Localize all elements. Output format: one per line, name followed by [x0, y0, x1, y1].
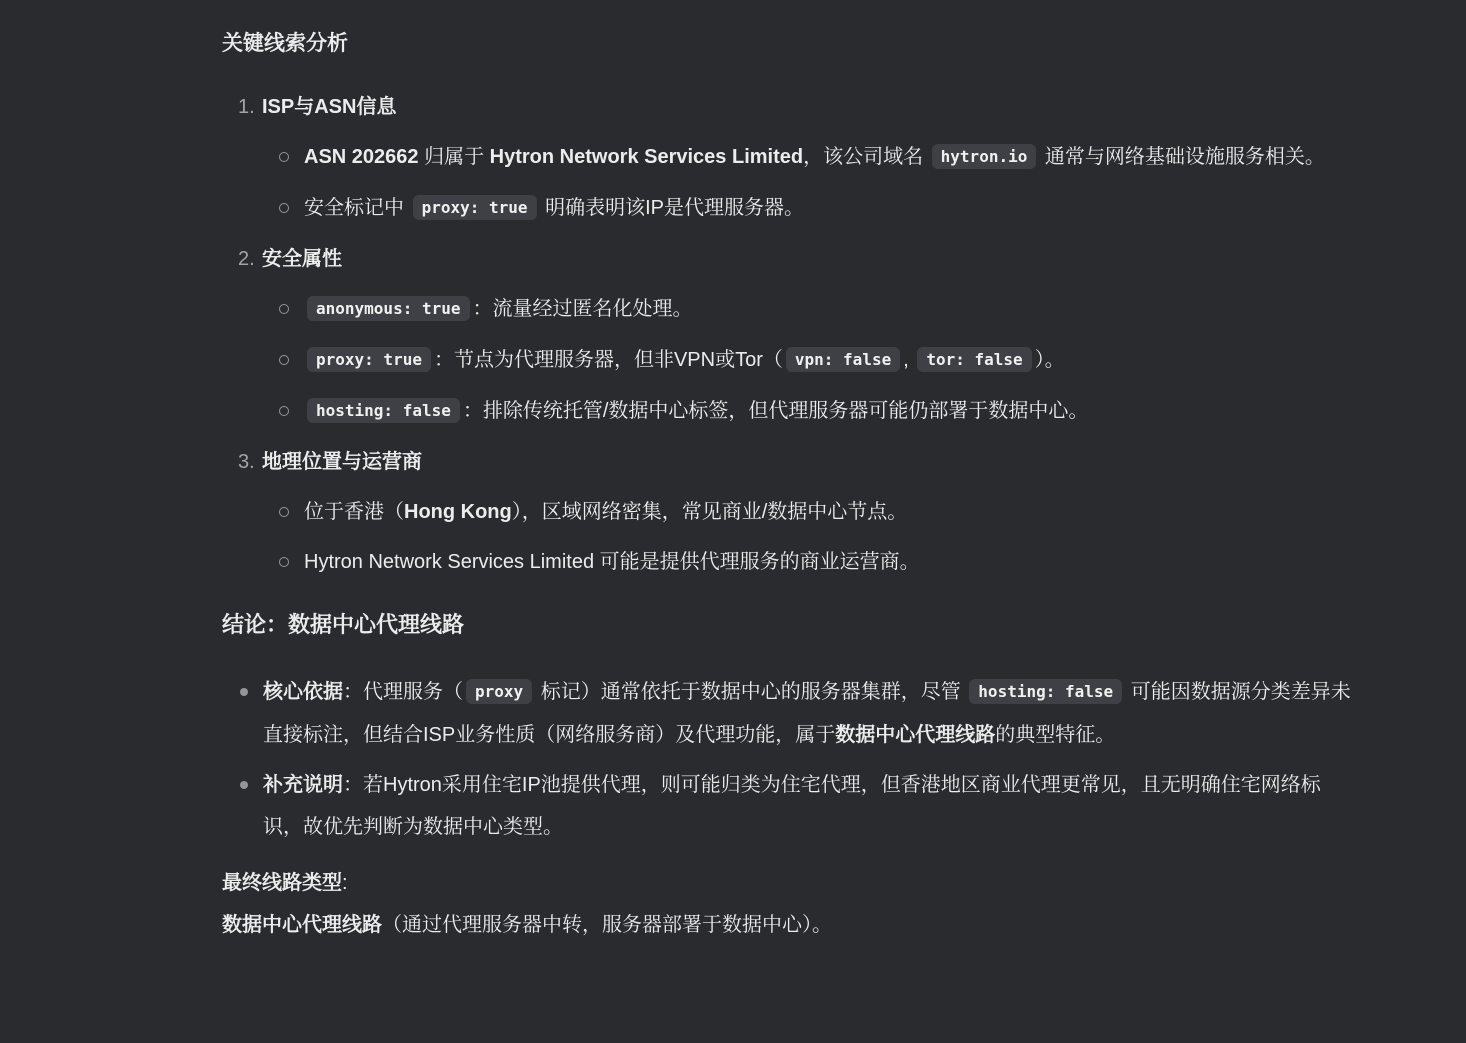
- bullet-circle-icon: [279, 557, 289, 567]
- text: 明确表明该IP是代理服务器。: [540, 197, 804, 219]
- bullet-circle-icon: [279, 304, 289, 314]
- text: ,: [903, 349, 914, 371]
- bullet-circle-icon: [279, 507, 289, 517]
- chat-dark-page: { "page": { "background": "#2a2b2e", "te…: [0, 0, 1466, 1043]
- text-bold: Hong Kong: [404, 501, 512, 523]
- text: ：若Hytron采用住宅IP池提供代理，则可能归类为住宅代理，但香港地区商业代理…: [263, 774, 1321, 838]
- inline-code-chip: proxy: [466, 679, 532, 704]
- final-type-value: 数据中心代理线路: [222, 914, 382, 936]
- conclusion-heading: 结论：数据中心代理线路: [222, 609, 1354, 641]
- inline-code-chip: tor: false: [917, 347, 1031, 372]
- section-number: 3.: [238, 441, 255, 483]
- conclusion-bullet: 核心依据：代理服务（proxy 标记）通常依托于数据中心的服务器集群，尽管 ho…: [222, 671, 1354, 756]
- list-item: proxy: true：节点为代理服务器，但非VPN或Tor（vpn: fals…: [222, 339, 1354, 382]
- inline-code-chip: anonymous: true: [307, 296, 470, 321]
- list-item: ASN 202662 归属于 Hytron Network Services L…: [222, 136, 1354, 179]
- inline-code-chip: hytron.io: [932, 144, 1037, 169]
- text: :: [342, 872, 348, 894]
- text: ，该公司域名: [803, 146, 929, 168]
- text-bold: 补充说明: [263, 774, 343, 796]
- numbered-section-security: 2. 安全属性 anonymous: true：流量经过匿名化处理。 proxy…: [222, 238, 1354, 433]
- section-title: 地理位置与运营商: [262, 451, 422, 473]
- section-title-row: 2. 安全属性: [222, 238, 1354, 280]
- list-item: hosting: false：排除传统托管/数据中心标签，但代理服务器可能仍部署…: [222, 390, 1354, 433]
- list-item: Hytron Network Services Limited 可能是提供代理服…: [222, 541, 1354, 583]
- section-number: 1.: [238, 86, 255, 128]
- text: 位于香港（: [304, 501, 404, 523]
- final-type-paragraph: 最终线路类型: 数据中心代理线路（通过代理服务器中转，服务器部署于数据中心）。: [222, 862, 1354, 946]
- list-item: 位于香港（Hong Kong），区域网络密集，常见商业/数据中心节点。: [222, 491, 1354, 533]
- text: ：代理服务（: [343, 681, 463, 703]
- bullet-circle-icon: [279, 355, 289, 365]
- inline-code-chip: proxy: true: [307, 347, 431, 372]
- final-type-label-line: 最终线路类型:: [222, 862, 1354, 904]
- text: 标记）通常依托于数据中心的服务器集群，尽管: [535, 681, 966, 703]
- text-bold: 核心依据: [263, 681, 343, 703]
- text: ）。: [1035, 349, 1065, 371]
- text: 归属于: [419, 146, 490, 168]
- text: Hytron Network Services Limited 可能是提供代理服…: [304, 551, 920, 573]
- section-number: 2.: [238, 238, 255, 280]
- numbered-section-geo: 3. 地理位置与运营商 位于香港（Hong Kong），区域网络密集，常见商业/…: [222, 441, 1354, 583]
- bullet-dot-icon: [240, 781, 248, 789]
- list-item: anonymous: true：流量经过匿名化处理。: [222, 288, 1354, 331]
- inline-code-chip: hosting: false: [307, 398, 460, 423]
- bullet-circle-icon: [279, 152, 289, 162]
- list-item: 安全标记中 proxy: true 明确表明该IP是代理服务器。: [222, 187, 1354, 230]
- numbered-section-isp-asn: 1. ISP与ASN信息 ASN 202662 归属于 Hytron Netwo…: [222, 86, 1354, 230]
- conclusion-bullet: 补充说明：若Hytron采用住宅IP池提供代理，则可能归类为住宅代理，但香港地区…: [222, 764, 1354, 848]
- text: 通常与网络基础设施服务相关。: [1039, 146, 1325, 168]
- text-bold: 数据中心代理线路: [835, 724, 995, 746]
- inline-code-chip: vpn: false: [786, 347, 900, 372]
- inline-code-chip: hosting: false: [969, 679, 1122, 704]
- text: （通过代理服务器中转，服务器部署于数据中心）。: [382, 914, 832, 936]
- bullet-circle-icon: [279, 203, 289, 213]
- text-bold: ASN 202662: [304, 146, 419, 168]
- bullet-dot-icon: [240, 688, 248, 696]
- final-type-label: 最终线路类型: [222, 872, 342, 894]
- bullet-circle-icon: [279, 406, 289, 416]
- text: 的典型特征。: [995, 724, 1115, 746]
- text: 安全标记中: [304, 197, 410, 219]
- assistant-message: 关键线索分析 1. ISP与ASN信息 ASN 202662 归属于 Hytro…: [222, 28, 1354, 946]
- final-type-value-line: 数据中心代理线路（通过代理服务器中转，服务器部署于数据中心）。: [222, 904, 1354, 946]
- text: ：排除传统托管/数据中心标签，但代理服务器可能仍部署于数据中心。: [463, 400, 1089, 422]
- text: ），区域网络密集，常见商业/数据中心节点。: [512, 501, 908, 523]
- analysis-heading: 关键线索分析: [222, 28, 1354, 60]
- section-title: ISP与ASN信息: [262, 96, 396, 118]
- text-bold: Hytron Network Services Limited: [490, 146, 803, 168]
- section-title-row: 1. ISP与ASN信息: [222, 86, 1354, 128]
- inline-code-chip: proxy: true: [413, 195, 537, 220]
- text: ：流量经过匿名化处理。: [473, 298, 693, 320]
- section-title: 安全属性: [262, 248, 342, 270]
- text: ：节点为代理服务器，但非VPN或Tor（: [434, 349, 783, 371]
- section-title-row: 3. 地理位置与运营商: [222, 441, 1354, 483]
